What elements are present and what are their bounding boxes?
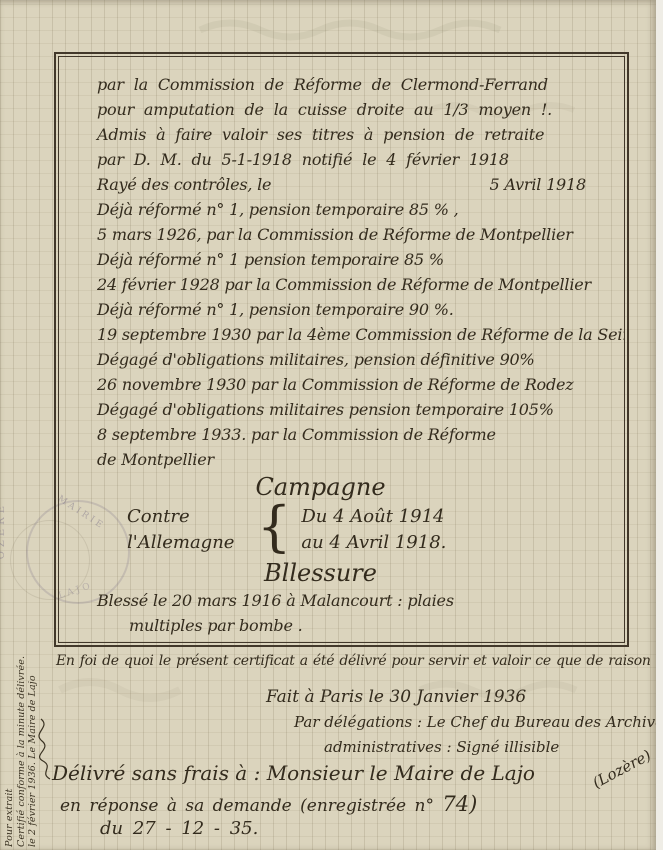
- manuscript-line: 24 février 1928 par la Commission de Réf…: [97, 272, 614, 297]
- manuscript-line: 5 mars 1926, par la Commission de Réform…: [97, 222, 614, 247]
- blessure-line: multiples par bombe .: [129, 613, 614, 638]
- curly-brace-glyph: {: [257, 500, 291, 554]
- request-date-line: du 27 - 12 - 35.: [100, 818, 258, 839]
- blessure-line: Blessé le 20 mars 1916 à Malancourt : pl…: [97, 588, 614, 613]
- manuscript-line: par la Commission de Réforme de Clermond…: [97, 72, 614, 97]
- campagne-heading: Campagne: [97, 472, 544, 502]
- delegation-line: Par délégations : Le Chef du Bureau des …: [294, 713, 656, 731]
- mayor-signature-squiggle: [37, 717, 55, 781]
- campagne-period-line: au 4 Avril 1918.: [301, 530, 446, 556]
- campagne-against-line: Contre: [127, 504, 257, 530]
- campagne-period-line: Du 4 Août 1914: [301, 504, 446, 530]
- framed-manuscript-text: par la Commission de Réforme de Clermond…: [59, 57, 624, 642]
- document-border-frame-inner: par la Commission de Réforme de Clermond…: [58, 56, 625, 643]
- campagne-against-line: l'Allemagne: [127, 530, 257, 556]
- manuscript-line: par D. M. du 5-1-1918 notifié le 4 févri…: [97, 147, 614, 172]
- request-number: 74): [442, 792, 477, 816]
- margin-note-rotated: Pour extrait Certifié conforme à la minu…: [4, 612, 46, 847]
- manuscript-line: de Montpellier: [97, 447, 614, 472]
- manuscript-line: 8 septembre 1933. par la Commission de R…: [97, 422, 614, 447]
- manuscript-line: pour amputation de la cuisse droite au 1…: [97, 97, 614, 122]
- margin-certification-note: Pour extrait Certifié conforme à la minu…: [4, 612, 46, 847]
- lozere-stamp-fragment: OZERE: [0, 502, 7, 559]
- request-reference-line: en réponse à sa demande (enregistrée n° …: [60, 792, 477, 816]
- manuscript-line: Déjà réformé n° 1, pension temporaire 85…: [97, 197, 614, 222]
- delegation-line: administratives : Signé illisible: [324, 738, 559, 756]
- manuscript-line-raye: Rayé des contrôles, le 5 Avril 1918: [97, 172, 614, 197]
- manuscript-line: Déjà réformé n° 1, pension temporaire 90…: [97, 297, 614, 322]
- manuscript-line: 26 novembre 1930 par la Commission de Ré…: [97, 372, 614, 397]
- delivered-to-line: Délivré sans frais à : Monsieur le Maire…: [52, 761, 535, 785]
- campagne-period: Du 4 Août 1914 au 4 Avril 1918.: [301, 504, 446, 556]
- margin-note-line: Pour extrait: [4, 612, 16, 847]
- manuscript-line: Déjà réformé n° 1 pension temporaire 85 …: [97, 247, 614, 272]
- manuscript-line: 19 septembre 1930 par la 4ème Commission…: [97, 322, 614, 347]
- raye-date: 5 Avril 1918: [490, 172, 587, 197]
- manuscript-line: Dégagé d'obligations militaires pension …: [97, 397, 614, 422]
- blessure-heading: Bllessure: [97, 558, 544, 588]
- request-reference-text: en réponse à sa demande (enregistrée n°: [60, 796, 434, 816]
- document-border-frame: par la Commission de Réforme de Clermond…: [54, 52, 629, 647]
- campagne-row: Contre l'Allemagne { Du 4 Août 1914 au 4…: [127, 502, 614, 558]
- campagne-against: Contre l'Allemagne: [127, 504, 257, 556]
- lozere-annotation: (Lozère): [589, 746, 654, 792]
- margin-note-line: Certifié conforme à la minute délivrée.: [16, 612, 28, 847]
- document-paper: MAIRIE LAJO OZERE par la Commission de R…: [0, 0, 656, 850]
- certificate-closing-line: En foi de quoi le présent certificat a é…: [56, 653, 651, 669]
- raye-left-text: Rayé des contrôles, le: [97, 172, 271, 197]
- manuscript-line: Dégagé d'obligations militaires, pension…: [97, 347, 614, 372]
- place-date-line: Fait à Paris le 30 Janvier 1936: [266, 687, 526, 707]
- scanned-page-background: MAIRIE LAJO OZERE par la Commission de R…: [0, 0, 663, 850]
- line-gap: [271, 172, 489, 197]
- manuscript-line: Admis à faire valoir ses titres à pensio…: [97, 122, 614, 147]
